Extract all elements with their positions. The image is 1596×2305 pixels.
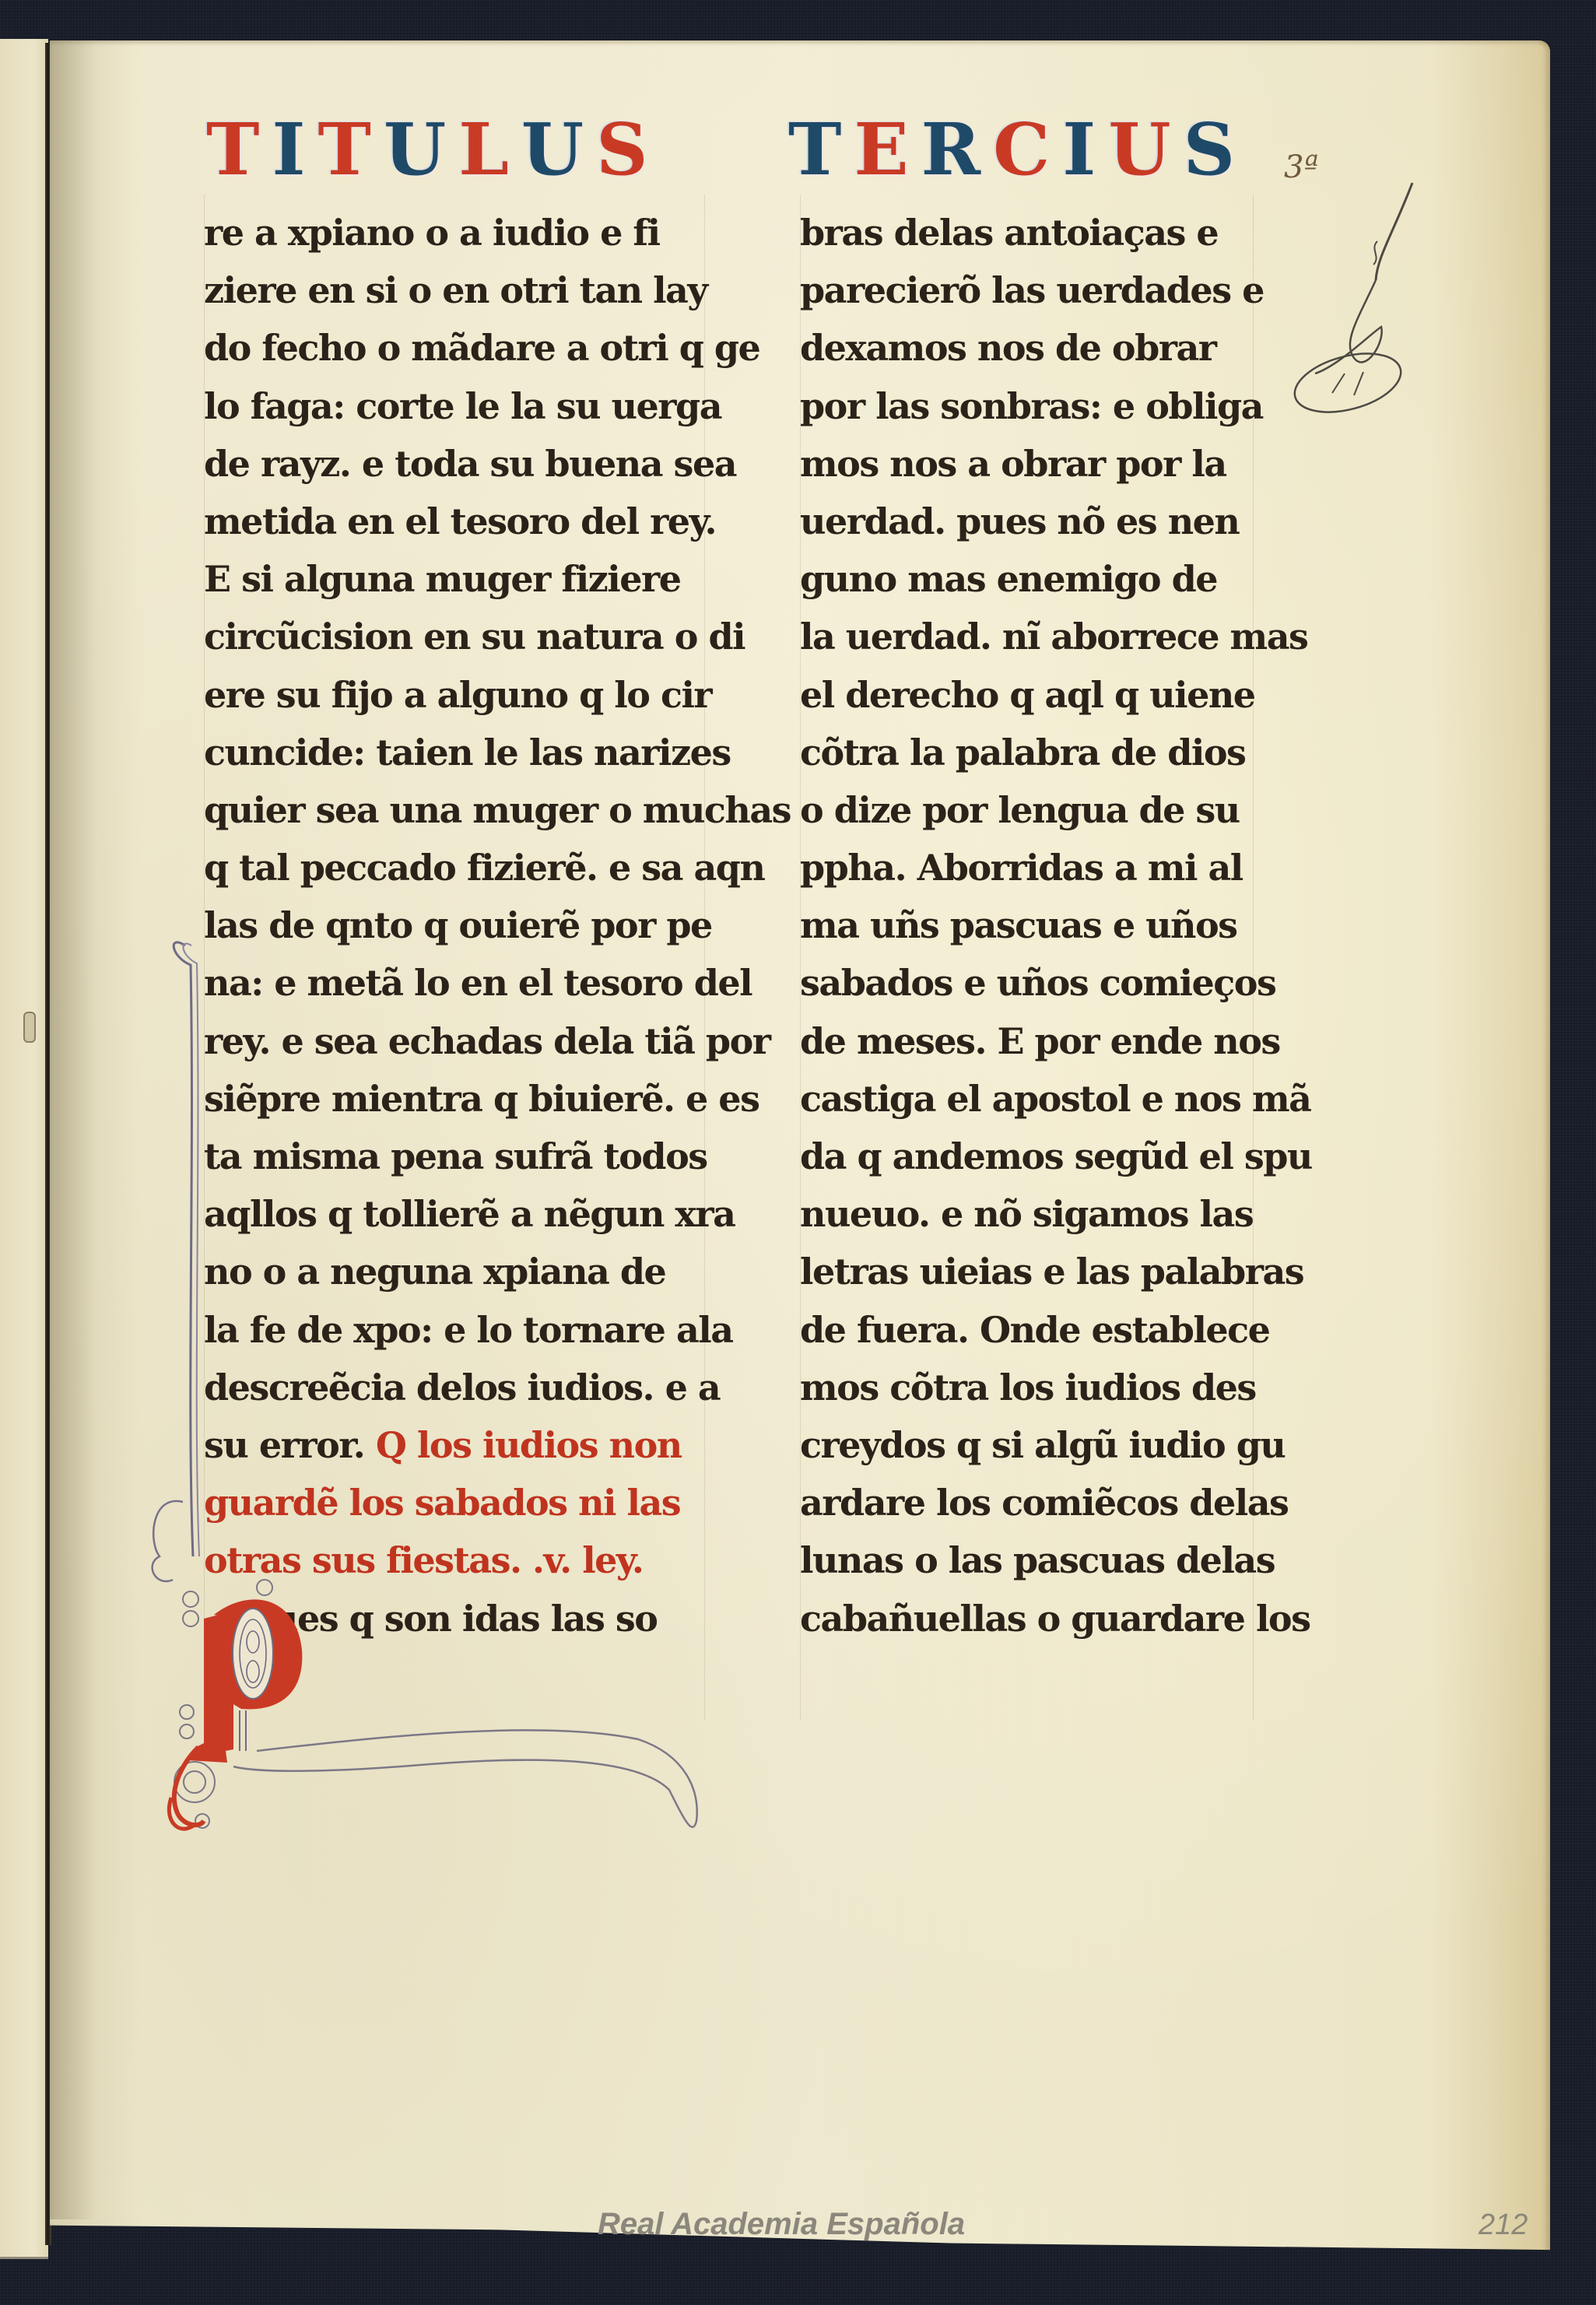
line-text: otras sus fiestas. .v. ley.	[204, 1539, 643, 1581]
line-text: aqllos q tollierẽ a nẽgun xra	[204, 1193, 735, 1235]
text-line: mos cõtra los iudios des	[800, 1359, 1298, 1416]
text-line: do fecho o mãdare a otri q ge	[204, 319, 717, 377]
line-text: castiga el apostol e nos mã	[800, 1078, 1310, 1120]
title-letter: T	[204, 114, 266, 185]
text-line: parecierõ las uerdades e	[800, 261, 1298, 319]
line-text: ere su fijo a alguno q lo cir	[204, 674, 711, 716]
text-line: siẽpre mientra q biuierẽ. e es	[204, 1070, 717, 1128]
text-line: guardẽ los sabados ni las	[204, 1474, 717, 1531]
text-line: quier sea una muger o muchas	[204, 781, 717, 839]
line-text: siẽpre mientra q biuierẽ. e es	[204, 1078, 759, 1120]
text-line: cõtra la palabra de dios	[800, 724, 1298, 781]
text-line: rey. e sea echadas dela tiã por	[204, 1012, 717, 1070]
text-line: creydos q si algũ iudio gu	[800, 1416, 1298, 1474]
text-line: su error. Q los iudios non	[204, 1416, 717, 1474]
folio-number: 212	[1478, 2209, 1528, 2242]
title-letter: R	[919, 114, 987, 185]
text-line: de meses. E por ende nos	[800, 1012, 1298, 1070]
line-text: la fe de xpo: e lo tornare ala	[204, 1309, 733, 1351]
line-text: descreẽcia delos iudios. e a	[204, 1367, 720, 1409]
text-line: dexamos nos de obrar	[800, 319, 1298, 377]
line-text: ma uñs pascuas e uños	[800, 904, 1237, 946]
text-column-left: re a xpiano o a iudio e fiziere en si o …	[204, 204, 717, 1647]
text-line: circũcision en su natura o di	[204, 608, 717, 665]
text-line: lunas o las pascuas delas	[800, 1531, 1298, 1589]
text-line: mos nos a obrar por la	[800, 435, 1298, 493]
title-letter: E	[851, 114, 915, 185]
text-line: otras sus fiestas. .v. ley.	[204, 1531, 717, 1589]
line-text: por las sonbras: e obliga	[800, 385, 1263, 427]
text-line: de rayz. e toda su buena sea	[204, 435, 717, 493]
text-line: o dize por lengua de su	[800, 781, 1298, 839]
line-text: ta misma pena sufrã todos	[204, 1135, 707, 1177]
text-line: castiga el apostol e nos mã	[800, 1070, 1298, 1128]
title-letter: U	[1106, 114, 1177, 185]
line-text: sabados e uños comieços	[800, 962, 1275, 1004]
text-line: ues q son idas las so	[204, 1590, 717, 1647]
line-text: mos nos a obrar por la	[800, 443, 1226, 485]
line-text: el derecho q aql q uiene	[800, 674, 1255, 716]
title-letter: L	[456, 114, 516, 185]
line-text: uerdad. pues nõ es nen	[800, 500, 1239, 542]
text-line: sabados e uños comieços	[800, 954, 1298, 1012]
text-line: ziere en si o en otri tan lay	[204, 261, 717, 319]
text-line: el derecho q aql q uiene	[800, 666, 1298, 724]
line-text: q tal peccado fizierẽ. e sa aqn	[204, 847, 764, 889]
text-line: metida en el tesoro del rey.	[204, 493, 717, 550]
running-title-left: TITULUS	[204, 100, 655, 185]
line-text: ziere en si o en otri tan lay	[204, 269, 707, 311]
line-text: lunas o las pascuas delas	[800, 1539, 1275, 1581]
text-line: uerdad. pues nõ es nen	[800, 493, 1298, 550]
line-text: rey. e sea echadas dela tiã por	[204, 1020, 770, 1062]
text-line: ppha. Aborridas a mi al	[800, 839, 1298, 896]
title-letter: T	[786, 114, 848, 185]
line-text: ppha. Aborridas a mi al	[800, 847, 1243, 889]
watermark-real-academia-espanola: Real Academia Española	[598, 2207, 965, 2242]
text-line: cuncide: taien le las narizes	[204, 724, 717, 781]
text-line: na: e metã lo en el tesoro del	[204, 954, 717, 1012]
text-line: la fe de xpo: e lo tornare ala	[204, 1301, 717, 1359]
line-text: ardare los comiẽcos delas	[800, 1482, 1288, 1524]
text-line: guno mas enemigo de	[800, 550, 1298, 608]
line-text: cuncide: taien le las narizes	[204, 731, 731, 774]
line-text: su error.	[204, 1424, 364, 1466]
text-line: la uerdad. nĩ aborrece mas	[800, 608, 1298, 665]
title-letter: I	[1060, 114, 1103, 185]
line-text: creydos q si algũ iudio gu	[800, 1424, 1285, 1466]
line-text: na: e metã lo en el tesoro del	[204, 962, 752, 1004]
line-text: da q andemos segũd el spu	[800, 1135, 1312, 1177]
text-line: re a xpiano o a iudio e fi	[204, 204, 717, 261]
line-text: nueuo. e nõ sigamos las	[800, 1193, 1253, 1235]
line-text: letras uieias e las palabras	[800, 1251, 1303, 1293]
line-text: cabañuellas o guardare los	[800, 1598, 1310, 1640]
text-line: ma uñs pascuas e uños	[800, 896, 1298, 954]
line-text: la uerdad. nĩ aborrece mas	[800, 616, 1307, 658]
line-text: parecierõ las uerdades e	[800, 269, 1264, 311]
text-line: nueuo. e nõ sigamos las	[800, 1185, 1298, 1243]
line-text: do fecho o mãdare a otri q ge	[204, 327, 759, 369]
title-letter: U	[381, 114, 453, 185]
text-line: de fuera. Onde establece	[800, 1301, 1298, 1359]
line-text: quier sea una muger o muchas	[204, 789, 791, 831]
text-line: no o a neguna xpiana de	[204, 1243, 717, 1300]
line-text: bras delas antoiaças e	[800, 212, 1218, 254]
line-text: de fuera. Onde establece	[800, 1309, 1269, 1351]
title-letter: C	[991, 114, 1057, 185]
line-text: cõtra la palabra de dios	[800, 731, 1245, 774]
rubric-heading: Q los iudios non	[364, 1424, 681, 1466]
previous-page-edge	[0, 39, 48, 2259]
text-line: da q andemos segũd el spu	[800, 1128, 1298, 1185]
text-line: q tal peccado fizierẽ. e sa aqn	[204, 839, 717, 896]
line-text: lo faga: corte le la su uerga	[204, 385, 721, 427]
title-letter: I	[269, 114, 312, 185]
line-text: circũcision en su natura o di	[204, 616, 745, 658]
line-text: o dize por lengua de su	[800, 789, 1240, 831]
line-text: ues q son idas las so	[272, 1598, 657, 1640]
text-line: por las sonbras: e obliga	[800, 377, 1298, 435]
text-line: E si alguna muger fiziere	[204, 550, 717, 608]
marginal-note-top: 3ª	[1284, 149, 1318, 185]
line-text: de rayz. e toda su buena sea	[204, 443, 736, 485]
title-letter: T	[316, 114, 378, 185]
line-text: metida en el tesoro del rey.	[204, 500, 716, 542]
binding-tab	[23, 1012, 36, 1043]
text-line: ta misma pena sufrã todos	[204, 1128, 717, 1185]
line-text: de meses. E por ende nos	[800, 1020, 1280, 1062]
text-line: cabañuellas o guardare los	[800, 1590, 1298, 1647]
text-line: bras delas antoiaças e	[800, 204, 1298, 261]
text-line: ardare los comiẽcos delas	[800, 1474, 1298, 1531]
line-text: guno mas enemigo de	[800, 558, 1217, 600]
line-text: las de qnto q ouierẽ por pe	[204, 904, 712, 946]
text-line: descreẽcia delos iudios. e a	[204, 1359, 717, 1416]
line-text: mos cõtra los iudios des	[800, 1367, 1256, 1409]
text-line: ere su fijo a alguno q lo cir	[204, 666, 717, 724]
text-line: letras uieias e las palabras	[800, 1243, 1298, 1300]
line-text: re a xpiano o a iudio e fi	[204, 212, 660, 254]
title-letter: S	[594, 114, 654, 185]
text-line: aqllos q tollierẽ a nẽgun xra	[204, 1185, 717, 1243]
title-letter: S	[1181, 114, 1242, 185]
line-text: dexamos nos de obrar	[800, 327, 1216, 369]
running-title-right: TERCIUS	[786, 100, 1242, 185]
line-text: no o a neguna xpiana de	[204, 1251, 665, 1293]
text-line: lo faga: corte le la su uerga	[204, 377, 717, 435]
title-letter: U	[519, 114, 591, 185]
line-text: E si alguna muger fiziere	[204, 558, 681, 600]
text-line: las de qnto q ouierẽ por pe	[204, 896, 717, 954]
text-column-right: bras delas antoiaças eparecierõ las uerd…	[800, 204, 1298, 1647]
line-text: guardẽ los sabados ni las	[204, 1482, 680, 1524]
gutter-shadow	[50, 40, 96, 2219]
